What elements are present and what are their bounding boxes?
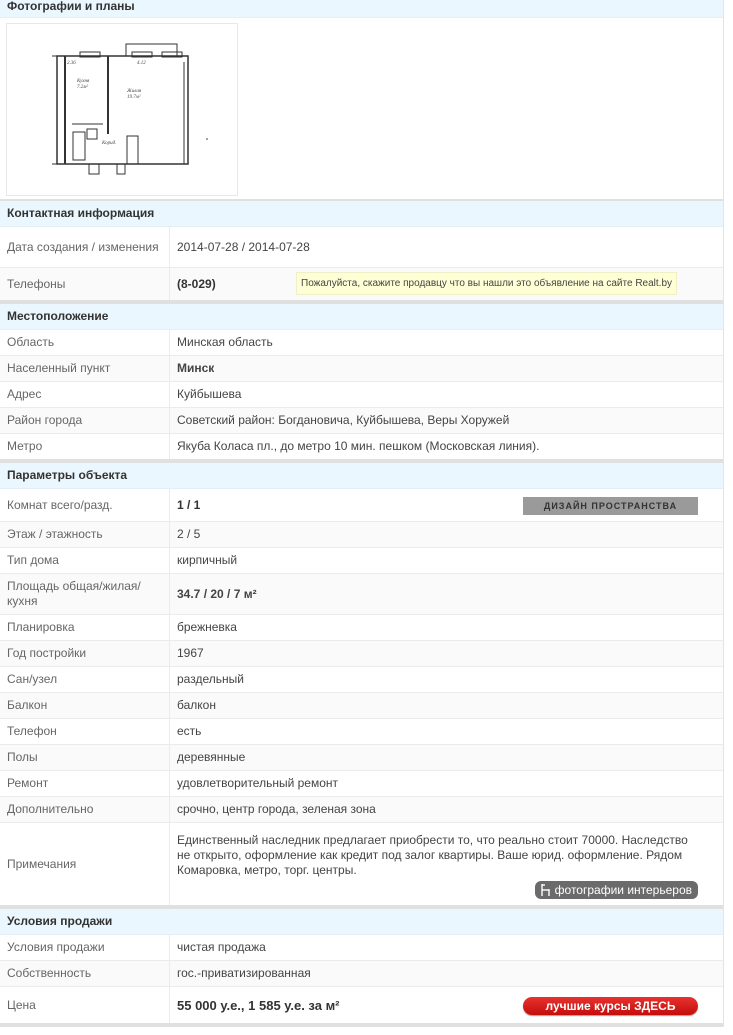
row-label: Этаж / этажность (0, 522, 170, 547)
location-section: Местоположение Область Минская область Н… (0, 304, 723, 463)
row-value: чистая продажа (170, 935, 723, 960)
row-value: 2014-07-28 / 2014-07-28 (170, 227, 723, 267)
table-row: Комнат всего/разд. 1 / 1 ДИЗАЙН ПРОСТРАН… (0, 489, 723, 522)
table-row: Адрес Куйбышева (0, 382, 723, 408)
row-value: 1967 (170, 641, 723, 666)
interior-photos-button[interactable]: фотографии интерьеров (535, 881, 698, 899)
photos-section-title: Фотографии и планы (0, 0, 723, 18)
table-row: Дата создания / изменения 2014-07-28 / 2… (0, 227, 723, 268)
contact-section: Контактная информация Дата создания / из… (0, 201, 723, 304)
row-label: Сан/узел (0, 667, 170, 692)
row-label: Метро (0, 434, 170, 459)
sale-section-title: Условия продажи (0, 909, 723, 935)
photos-area: Кухня 7.2м² Жилая 19.7м² Корид. 2.36 4.1… (0, 18, 723, 201)
row-value: Куйбышева (170, 382, 723, 407)
row-label: Область (0, 330, 170, 355)
location-section-title: Местоположение (0, 304, 723, 330)
row-value: Советский район: Богдановича, Куйбышева,… (170, 408, 723, 433)
row-label: Телефон (0, 719, 170, 744)
row-label: Телефоны (0, 268, 170, 300)
row-value: Якуба Коласа пл., до метро 10 мин. пешко… (170, 434, 723, 459)
row-label: Дата создания / изменения (0, 227, 170, 267)
row-label: Комнат всего/разд. (0, 489, 170, 521)
table-row: Балкон балкон (0, 693, 723, 719)
table-row: Планировка брежневка (0, 615, 723, 641)
row-label: Условия продажи (0, 935, 170, 960)
table-row: Сан/узел раздельный (0, 667, 723, 693)
row-label: Населенный пункт (0, 356, 170, 381)
row-value: 1 / 1 (177, 498, 200, 513)
svg-text:Жилая: Жилая (126, 89, 142, 94)
table-row: Телефоны (8-029) Пожалуйста, скажите про… (0, 268, 723, 300)
contact-section-title: Контактная информация (0, 201, 723, 227)
table-row: Этаж / этажность 2 / 5 (0, 522, 723, 548)
row-label: Площадь общая/жилая/кухня (0, 574, 170, 614)
table-row: Собственность гос.-приватизированная (0, 961, 723, 987)
row-label: Год постройки (0, 641, 170, 666)
svg-text:2.36: 2.36 (67, 61, 76, 66)
row-value: 2 / 5 (170, 522, 723, 547)
realt-notice: Пожалуйста, скажите продавцу что вы нашл… (296, 272, 677, 295)
row-value: кирпичный (170, 548, 723, 573)
row-label: Цена (0, 987, 170, 1023)
svg-text:Кухня: Кухня (76, 79, 90, 84)
table-row: Область Минская область (0, 330, 723, 356)
params-section: Параметры объекта Комнат всего/разд. 1 /… (0, 463, 723, 909)
row-value: Минск (170, 356, 723, 381)
table-row: Площадь общая/жилая/кухня 34.7 / 20 / 7 … (0, 574, 723, 615)
chair-icon (541, 884, 550, 896)
phone-number[interactable]: (8-029) (177, 277, 216, 292)
row-label: Адрес (0, 382, 170, 407)
row-label: Район города (0, 408, 170, 433)
best-rates-button[interactable]: лучшие курсы ЗДЕСЬ (523, 997, 698, 1015)
table-row: Телефон есть (0, 719, 723, 745)
table-row: Дополнительно срочно, центр города, зеле… (0, 797, 723, 823)
table-row: Ремонт удовлетворительный ремонт (0, 771, 723, 797)
table-row: Полы деревянные (0, 745, 723, 771)
row-label: Планировка (0, 615, 170, 640)
row-label: Балкон (0, 693, 170, 718)
table-row: Цена 55 000 у.е., 1 585 у.е. за м² лучши… (0, 987, 723, 1023)
table-row: Условия продажи чистая продажа (0, 935, 723, 961)
row-label: Дополнительно (0, 797, 170, 822)
row-value: срочно, центр города, зеленая зона (170, 797, 723, 822)
notes-text: Единственный наследник предлагает приобр… (177, 833, 703, 878)
table-row: Район города Советский район: Богданович… (0, 408, 723, 434)
svg-text:7.2м²: 7.2м² (77, 84, 88, 90)
listing-details: Фотографии и планы (0, 0, 724, 1027)
row-value: 34.7 / 20 / 7 м² (170, 574, 723, 614)
notes-value: Единственный наследник предлагает приобр… (170, 823, 723, 905)
rooms-value: 1 / 1 ДИЗАЙН ПРОСТРАНСТВА (170, 489, 723, 521)
row-value: Минская область (170, 330, 723, 355)
row-label: Собственность (0, 961, 170, 986)
row-label: Ремонт (0, 771, 170, 796)
row-value: балкон (170, 693, 723, 718)
floor-plan-thumbnail[interactable]: Кухня 7.2м² Жилая 19.7м² Корид. 2.36 4.1… (6, 23, 238, 196)
row-label: Полы (0, 745, 170, 770)
row-value: есть (170, 719, 723, 744)
row-value: брежневка (170, 615, 723, 640)
table-row: Населенный пункт Минск (0, 356, 723, 382)
floor-plan-drawing: Кухня 7.2м² Жилая 19.7м² Корид. 2.36 4.1… (7, 24, 237, 195)
params-section-title: Параметры объекта (0, 463, 723, 489)
design-space-banner[interactable]: ДИЗАЙН ПРОСТРАНСТВА (523, 497, 698, 515)
interior-photos-label: фотографии интерьеров (555, 881, 692, 899)
row-label: Тип дома (0, 548, 170, 573)
table-row: Год постройки 1967 (0, 641, 723, 667)
row-value: удовлетворительный ремонт (170, 771, 723, 796)
table-row: Метро Якуба Коласа пл., до метро 10 мин.… (0, 434, 723, 459)
row-value: гос.-приватизированная (170, 961, 723, 986)
svg-text:Корид.: Корид. (101, 141, 116, 146)
sale-section: Условия продажи Условия продажи чистая п… (0, 909, 723, 1027)
row-value: деревянные (170, 745, 723, 770)
photos-section: Фотографии и планы (0, 0, 723, 201)
row-value: раздельный (170, 667, 723, 692)
price: 55 000 у.е., 1 585 у.е. за м² (177, 998, 340, 1013)
price-value: 55 000 у.е., 1 585 у.е. за м² лучшие кур… (170, 987, 723, 1023)
svg-text:4.12: 4.12 (137, 61, 146, 66)
table-row: Тип дома кирпичный (0, 548, 723, 574)
row-label: Примечания (0, 823, 170, 905)
svg-text:19.7м²: 19.7м² (127, 94, 141, 100)
phones-value: (8-029) Пожалуйста, скажите продавцу что… (170, 268, 723, 300)
table-row: Примечания Единственный наследник предла… (0, 823, 723, 905)
